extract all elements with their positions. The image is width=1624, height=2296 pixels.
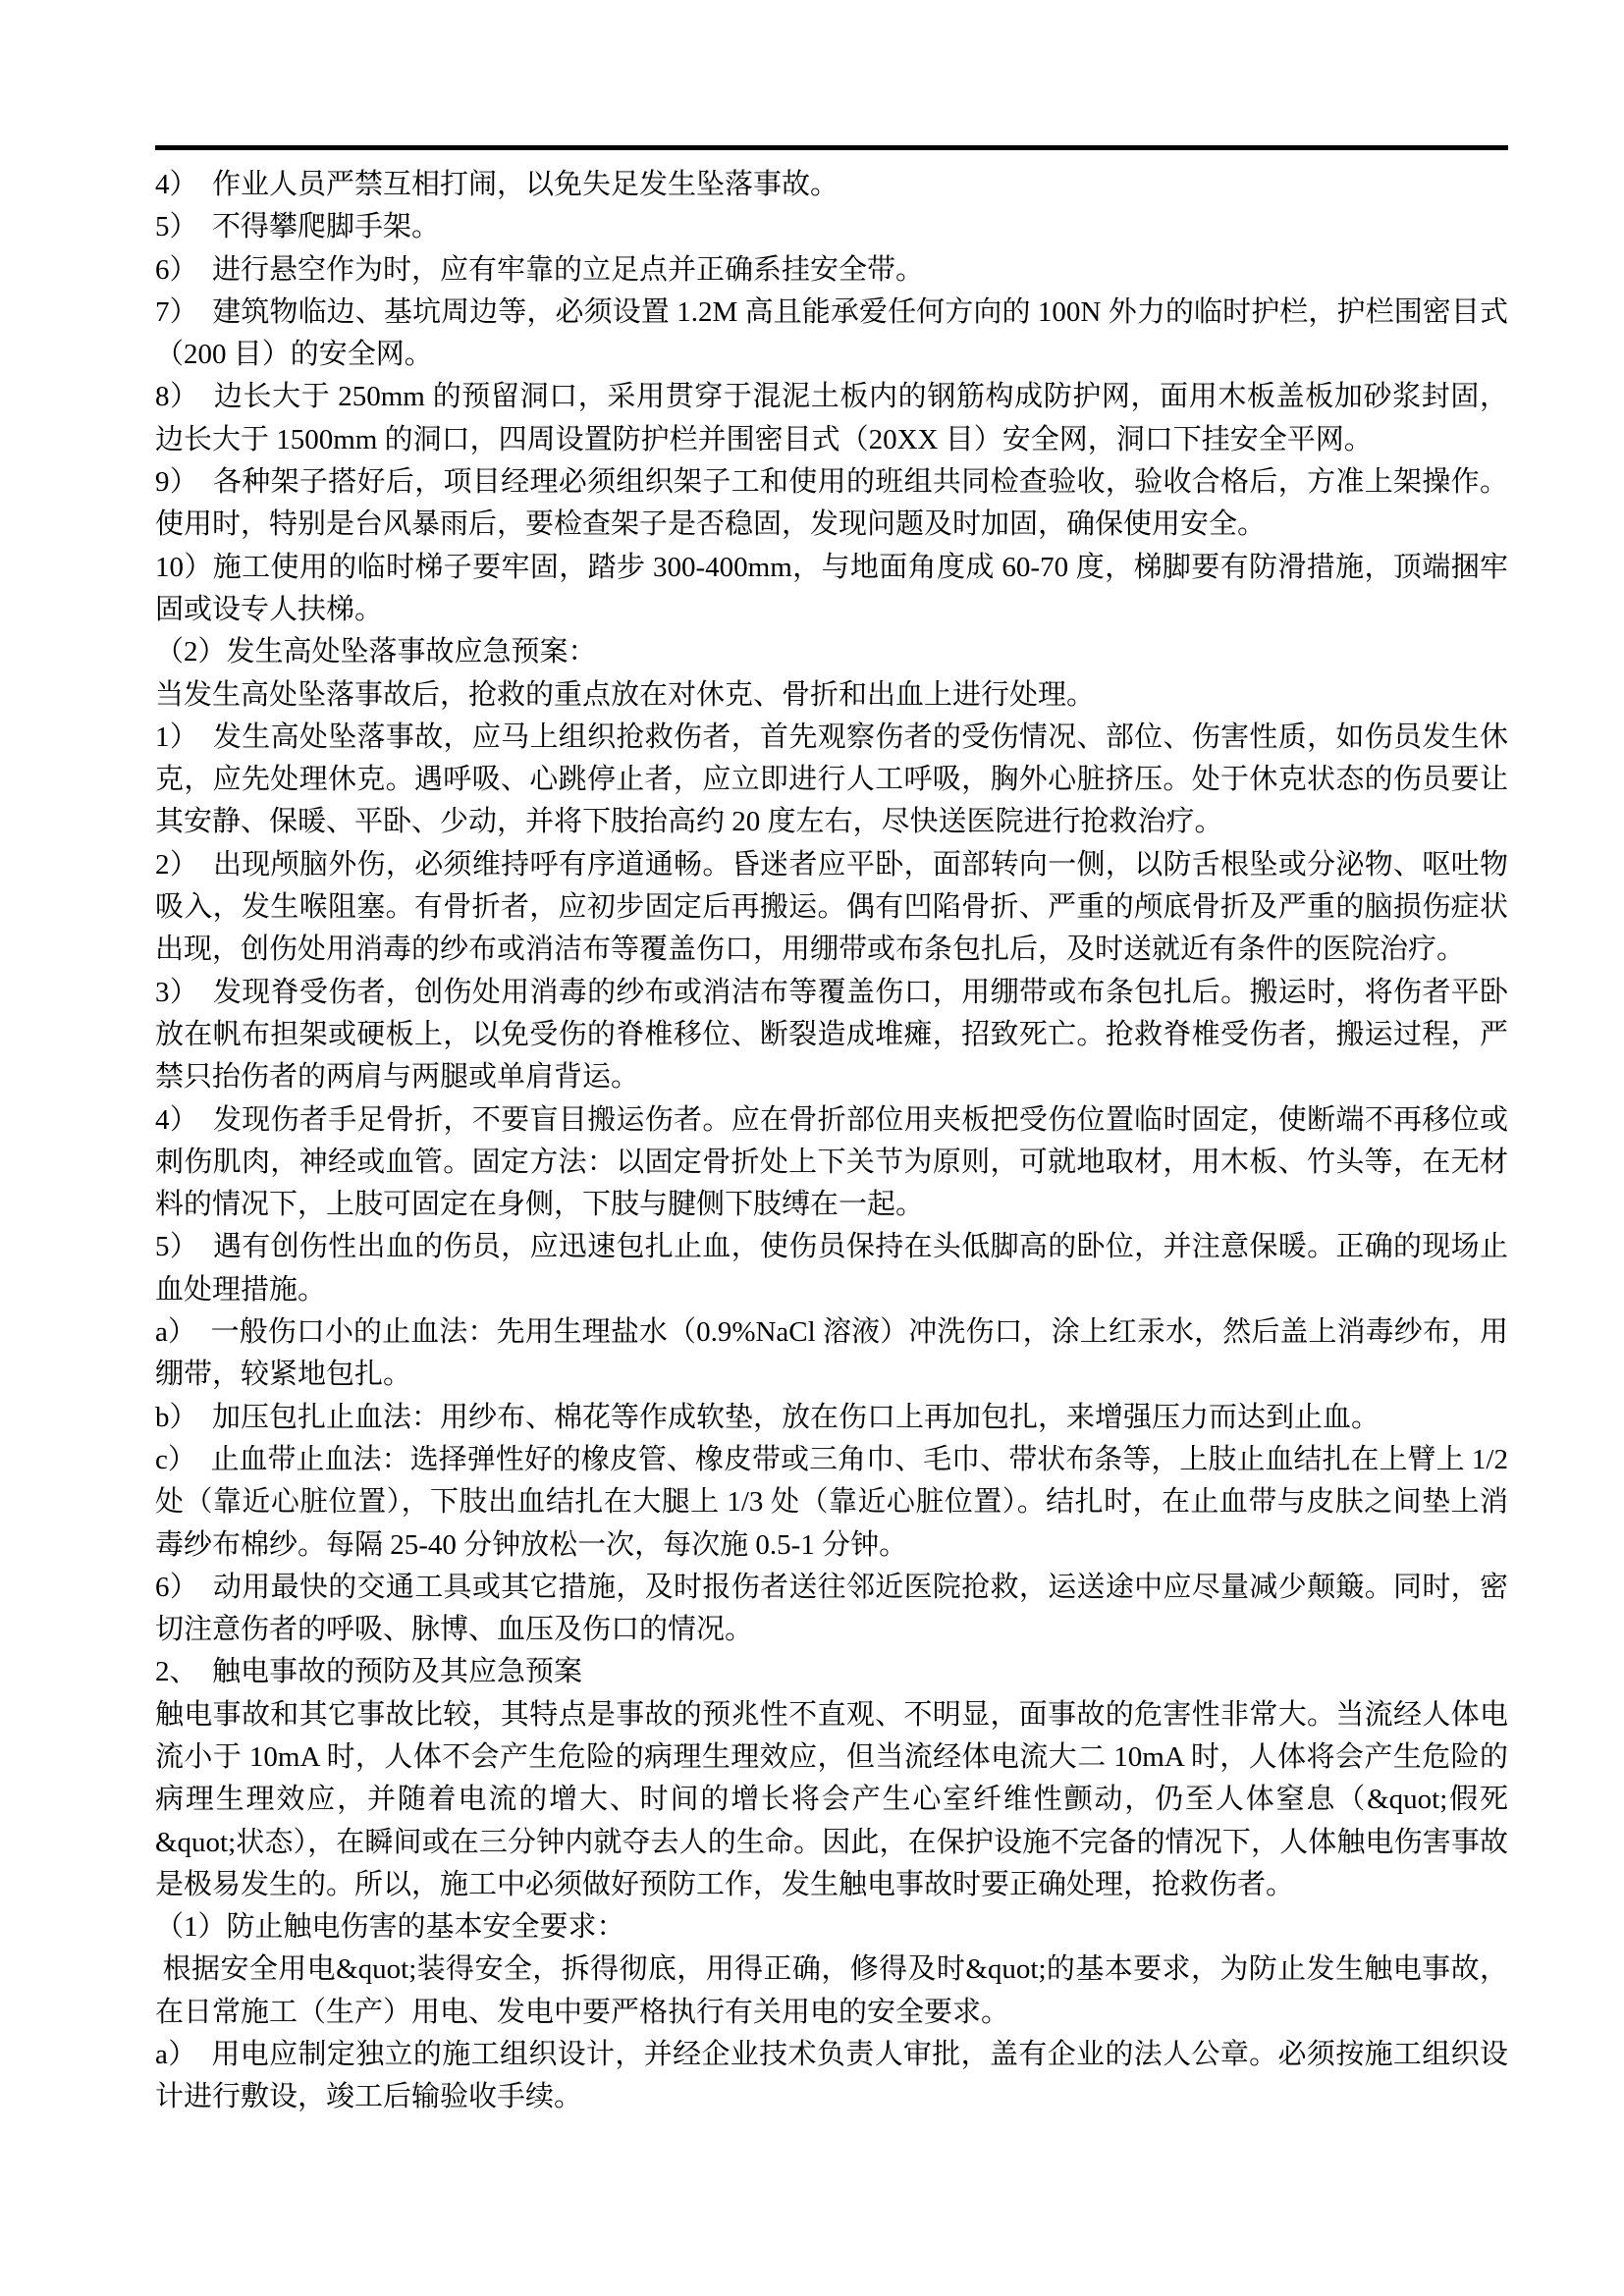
paragraph: 当发生高处坠落事故后，抢救的重点放在对休克、骨折和出血上进行处理。	[155, 674, 1508, 717]
paragraph: （1）防止触电伤害的基本安全要求：	[155, 1906, 1508, 1949]
paragraph: 4） 发现伤者手足骨折，不要盲目搬运伤者。应在骨折部位用夹板把受伤位置临时固定，…	[155, 1099, 1508, 1227]
paragraph: 5） 不得攀爬脚手架。	[155, 206, 1508, 248]
paragraph: 6） 进行悬空作为时，应有牢靠的立足点并正确系挂安全带。	[155, 249, 1508, 292]
paragraph: 9） 各种架子搭好后，项目经理必须组织架子工和使用的班组共同检查验收，验收合格后…	[155, 461, 1508, 547]
paragraph: 触电事故和其它事故比较，其特点是事故的预兆性不直观、不明显，面事故的危害性非常大…	[155, 1694, 1508, 1906]
paragraph: 3） 发现脊受伤者，创伤处用消毒的纱布或消洁布等覆盖伤口，用绷带或布条包扎后。搬…	[155, 972, 1508, 1099]
paragraph: 7） 建筑物临边、基坑周边等，必须设置 1.2M 高且能承爱任何方向的 100N…	[155, 292, 1508, 377]
document-page: 4） 作业人员严禁互相打闹，以免失足发生坠落事故。 5） 不得攀爬脚手架。 6）…	[0, 0, 1624, 2296]
paragraph: a） 一般伤口小的止血法：先用生理盐水（0.9%NaCl 溶液）冲洗伤口，涂上红…	[155, 1311, 1508, 1397]
paragraph: 根据安全用电&quot;装得安全，拆得彻底，用得正确，修得及时&quot;的基本…	[155, 1949, 1508, 2034]
paragraph: 8） 边长大于 250mm 的预留洞口，采用贯穿于混泥土板内的钢筋构成防护网，面…	[155, 376, 1508, 461]
header-rule	[155, 145, 1508, 150]
paragraph: 2） 出现颅脑外伤，必须维持呼有序道通畅。昏迷者应平卧，面部转向一侧，以防舌根坠…	[155, 844, 1508, 972]
paragraph: 4） 作业人员严禁互相打闹，以免失足发生坠落事故。	[155, 164, 1508, 206]
paragraph: 1） 发生高处坠落事故，应马上组织抢救伤者，首先观察伤者的受伤情况、部位、伤害性…	[155, 717, 1508, 844]
paragraph: 6） 动用最快的交通工具或其它措施，及时报伤者送往邻近医院抢救，运送途中应尽量减…	[155, 1567, 1508, 1652]
paragraph: （2）发生高处坠落事故应急预案：	[155, 631, 1508, 673]
paragraph: 10）施工使用的临时梯子要牢固，踏步 300-400mm，与地面角度成 60-7…	[155, 547, 1508, 632]
document-body: 4） 作业人员严禁互相打闹，以免失足发生坠落事故。 5） 不得攀爬脚手架。 6）…	[155, 164, 1508, 2119]
paragraph: 2、 触电事故的预防及其应急预案	[155, 1651, 1508, 1693]
paragraph: a） 用电应制定独立的施工组织设计，并经企业技术负责人审批，盖有企业的法人公章。…	[155, 2034, 1508, 2119]
paragraph: 5） 遇有创伤性出血的伤员，应迅速包扎止血，使伤员保持在头低脚高的卧位，并注意保…	[155, 1226, 1508, 1311]
paragraph: b） 加压包扎止血法：用纱布、棉花等作成软垫，放在伤口上再加包扎，来增强压力而达…	[155, 1397, 1508, 1439]
paragraph: c） 止血带止血法：选择弹性好的橡皮管、橡皮带或三角巾、毛巾、带状布条等，上肢止…	[155, 1439, 1508, 1567]
